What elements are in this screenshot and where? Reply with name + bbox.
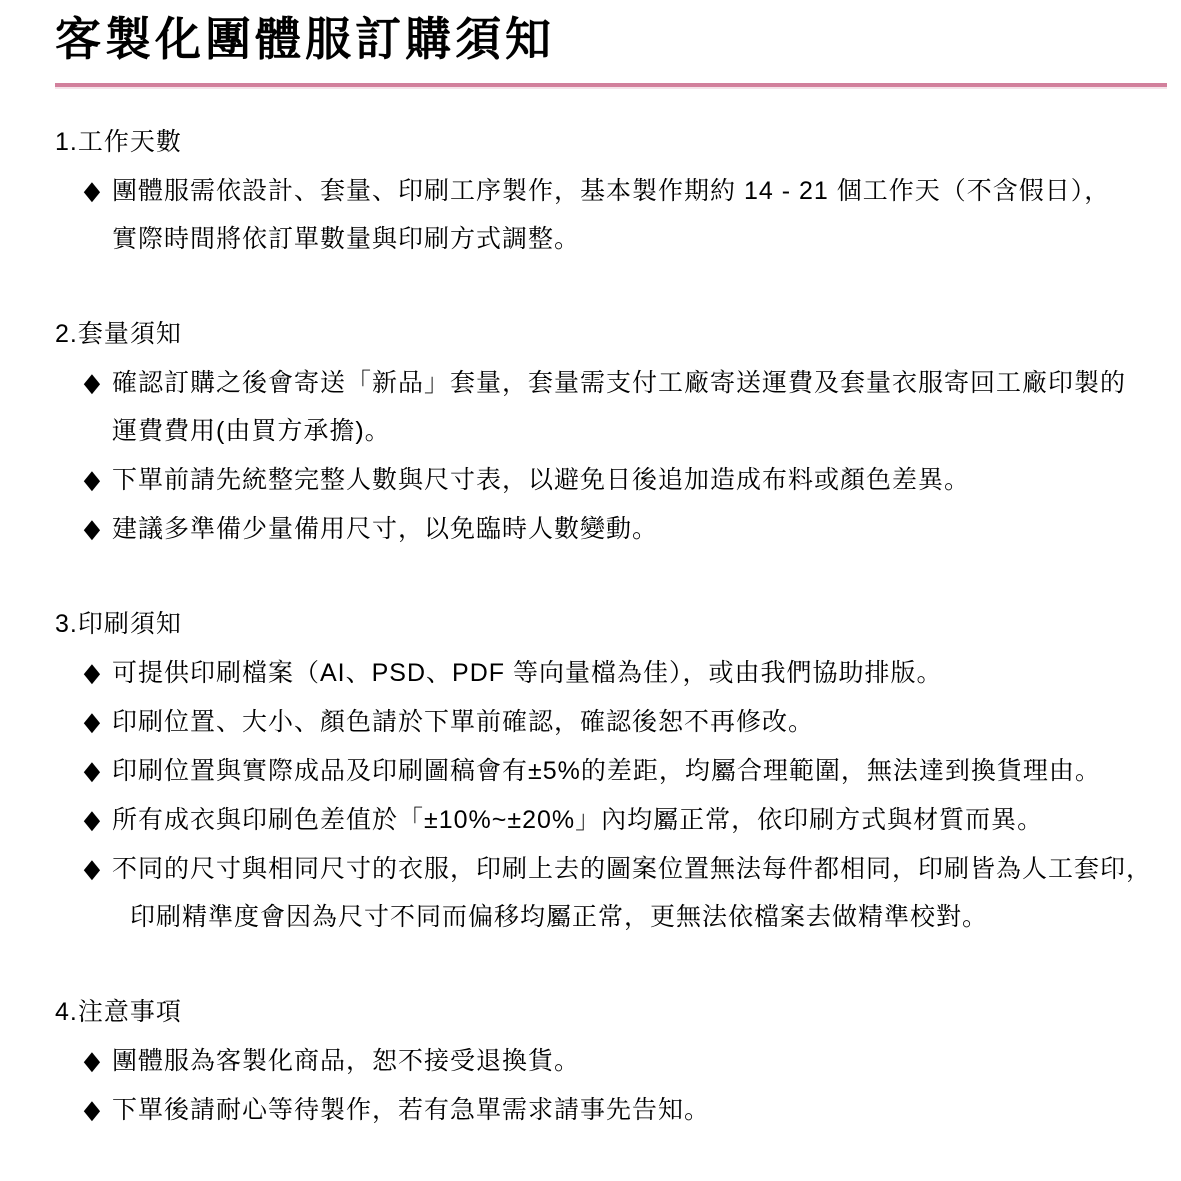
list-item: ◆印刷位置、大小、顏色請於下單前確認，確認後恕不再修改。 — [55, 697, 1167, 746]
section-important-notes: 4.注意事項 ◆團體服為客製化商品，恕不接受退換貨。 ◆下單後請耐心等待製作，若… — [55, 988, 1167, 1134]
section-fitting-notice: 2.套量須知 ◆確認訂購之後會寄送「新品」套量，套量需支付工廠寄送運費及套量衣服… — [55, 310, 1167, 553]
notice-text: 團體服需依設計、套量、印刷工序製作，基本製作期約 14 - 21 個工作天（不含… — [112, 177, 1110, 205]
diamond-bullet-icon: ◆ — [84, 697, 100, 745]
notice-text: 印刷位置與實際成品及印刷圖稿會有±5%的差距，均屬合理範圍，無法達到換貨理由。 — [112, 757, 1101, 785]
title-divider-line — [55, 83, 1167, 87]
notice-page: 客製化團體服訂購須知 1.工作天數 ◆團體服需依設計、套量、印刷工序製作，基本製… — [0, 0, 1181, 1181]
section-work-days: 1.工作天數 ◆團體服需依設計、套量、印刷工序製作，基本製作期約 14 - 21… — [55, 118, 1167, 263]
list-item: ◆團體服需依設計、套量、印刷工序製作，基本製作期約 14 - 21 個工作天（不… — [55, 166, 1167, 263]
notice-text: 不同的尺寸與相同尺寸的衣服，印刷上去的圖案位置無法每件都相同，印刷皆為人工套印， — [112, 855, 1152, 883]
diamond-bullet-icon: ◆ — [84, 358, 100, 406]
notice-line: ◆印刷位置與實際成品及印刷圖稿會有±5%的差距，均屬合理範圍，無法達到換貨理由。 — [55, 746, 1167, 795]
section-heading: 4.注意事項 — [55, 988, 1167, 1036]
notice-text: 團體服為客製化商品，恕不接受退換貨。 — [112, 1047, 580, 1075]
notice-line: ◆不同的尺寸與相同尺寸的衣服，印刷上去的圖案位置無法每件都相同，印刷皆為人工套印… — [55, 844, 1167, 893]
diamond-bullet-icon: ◆ — [84, 1085, 100, 1133]
notice-line: ◆建議多準備少量備用尺寸，以免臨時人數變動。 — [55, 504, 1167, 553]
list-item: ◆所有成衣與印刷色差值於「±10%~±20%」內均屬正常，依印刷方式與材質而異。 — [55, 795, 1167, 844]
diamond-bullet-icon: ◆ — [84, 795, 100, 843]
page-title: 客製化團體服訂購須知 — [55, 12, 1167, 66]
notice-line: ◆團體服需依設計、套量、印刷工序製作，基本製作期約 14 - 21 個工作天（不… — [55, 166, 1167, 215]
diamond-bullet-icon: ◆ — [84, 746, 100, 794]
section-printing-notice: 3.印刷須知 ◆可提供印刷檔案（AI、PSD、PDF 等向量檔為佳），或由我們協… — [55, 600, 1167, 941]
list-item: ◆團體服為客製化商品，恕不接受退換貨。 — [55, 1036, 1167, 1085]
diamond-bullet-icon: ◆ — [84, 844, 100, 892]
notice-line: ◆可提供印刷檔案（AI、PSD、PDF 等向量檔為佳），或由我們協助排版。 — [55, 648, 1167, 697]
notice-text: 所有成衣與印刷色差值於「±10%~±20%」內均屬正常，依印刷方式與材質而異。 — [112, 806, 1043, 834]
notice-line: ◆下單前請先統整完整人數與尺寸表，以避免日後追加造成布料或顏色差異。 — [55, 455, 1167, 504]
notice-line: ◆印刷位置、大小、顏色請於下單前確認，確認後恕不再修改。 — [55, 697, 1167, 746]
diamond-bullet-icon: ◆ — [84, 648, 100, 696]
notice-text: 可提供印刷檔案（AI、PSD、PDF 等向量檔為佳），或由我們協助排版。 — [112, 659, 942, 687]
notice-line: ◆下單後請耐心等待製作，若有急單需求請事先告知。 — [55, 1085, 1167, 1134]
list-item: ◆印刷位置與實際成品及印刷圖稿會有±5%的差距，均屬合理範圍，無法達到換貨理由。 — [55, 746, 1167, 795]
notice-text: 建議多準備少量備用尺寸，以免臨時人數變動。 — [112, 515, 658, 543]
diamond-bullet-icon: ◆ — [84, 1036, 100, 1084]
list-item: ◆可提供印刷檔案（AI、PSD、PDF 等向量檔為佳），或由我們協助排版。 — [55, 648, 1167, 697]
notice-line: ◆確認訂購之後會寄送「新品」套量，套量需支付工廠寄送運費及套量衣服寄回工廠印製的 — [55, 358, 1167, 407]
list-item: ◆下單後請耐心等待製作，若有急單需求請事先告知。 — [55, 1085, 1167, 1134]
list-item: ◆下單前請先統整完整人數與尺寸表，以避免日後追加造成布料或顏色差異。 — [55, 455, 1167, 504]
diamond-bullet-icon: ◆ — [84, 455, 100, 503]
notice-text: 下單後請耐心等待製作，若有急單需求請事先告知。 — [112, 1096, 710, 1124]
notice-text: 印刷位置、大小、顏色請於下單前確認，確認後恕不再修改。 — [112, 708, 814, 736]
section-heading: 2.套量須知 — [55, 310, 1167, 358]
notice-text: 下單前請先統整完整人數與尺寸表，以避免日後追加造成布料或顏色差異。 — [112, 466, 970, 494]
notice-line: ◆所有成衣與印刷色差值於「±10%~±20%」內均屬正常，依印刷方式與材質而異。 — [55, 795, 1167, 844]
diamond-bullet-icon: ◆ — [84, 166, 100, 214]
notice-line-continuation: 運費費用(由買方承擔)。 — [55, 407, 1167, 455]
diamond-bullet-icon: ◆ — [84, 504, 100, 552]
notice-line-continuation: 實際時間將依訂單數量與印刷方式調整。 — [55, 215, 1167, 263]
notice-line: ◆團體服為客製化商品，恕不接受退換貨。 — [55, 1036, 1167, 1085]
list-item: ◆確認訂購之後會寄送「新品」套量，套量需支付工廠寄送運費及套量衣服寄回工廠印製的… — [55, 358, 1167, 455]
section-heading: 1.工作天數 — [55, 118, 1167, 166]
notice-line-continuation: 印刷精準度會因為尺寸不同而偏移均屬正常，更無法依檔案去做精準校對。 — [55, 893, 1167, 941]
notice-text: 確認訂購之後會寄送「新品」套量，套量需支付工廠寄送運費及套量衣服寄回工廠印製的 — [112, 369, 1126, 397]
section-heading: 3.印刷須知 — [55, 600, 1167, 648]
list-item: ◆建議多準備少量備用尺寸，以免臨時人數變動。 — [55, 504, 1167, 553]
list-item: ◆不同的尺寸與相同尺寸的衣服，印刷上去的圖案位置無法每件都相同，印刷皆為人工套印… — [55, 844, 1167, 941]
